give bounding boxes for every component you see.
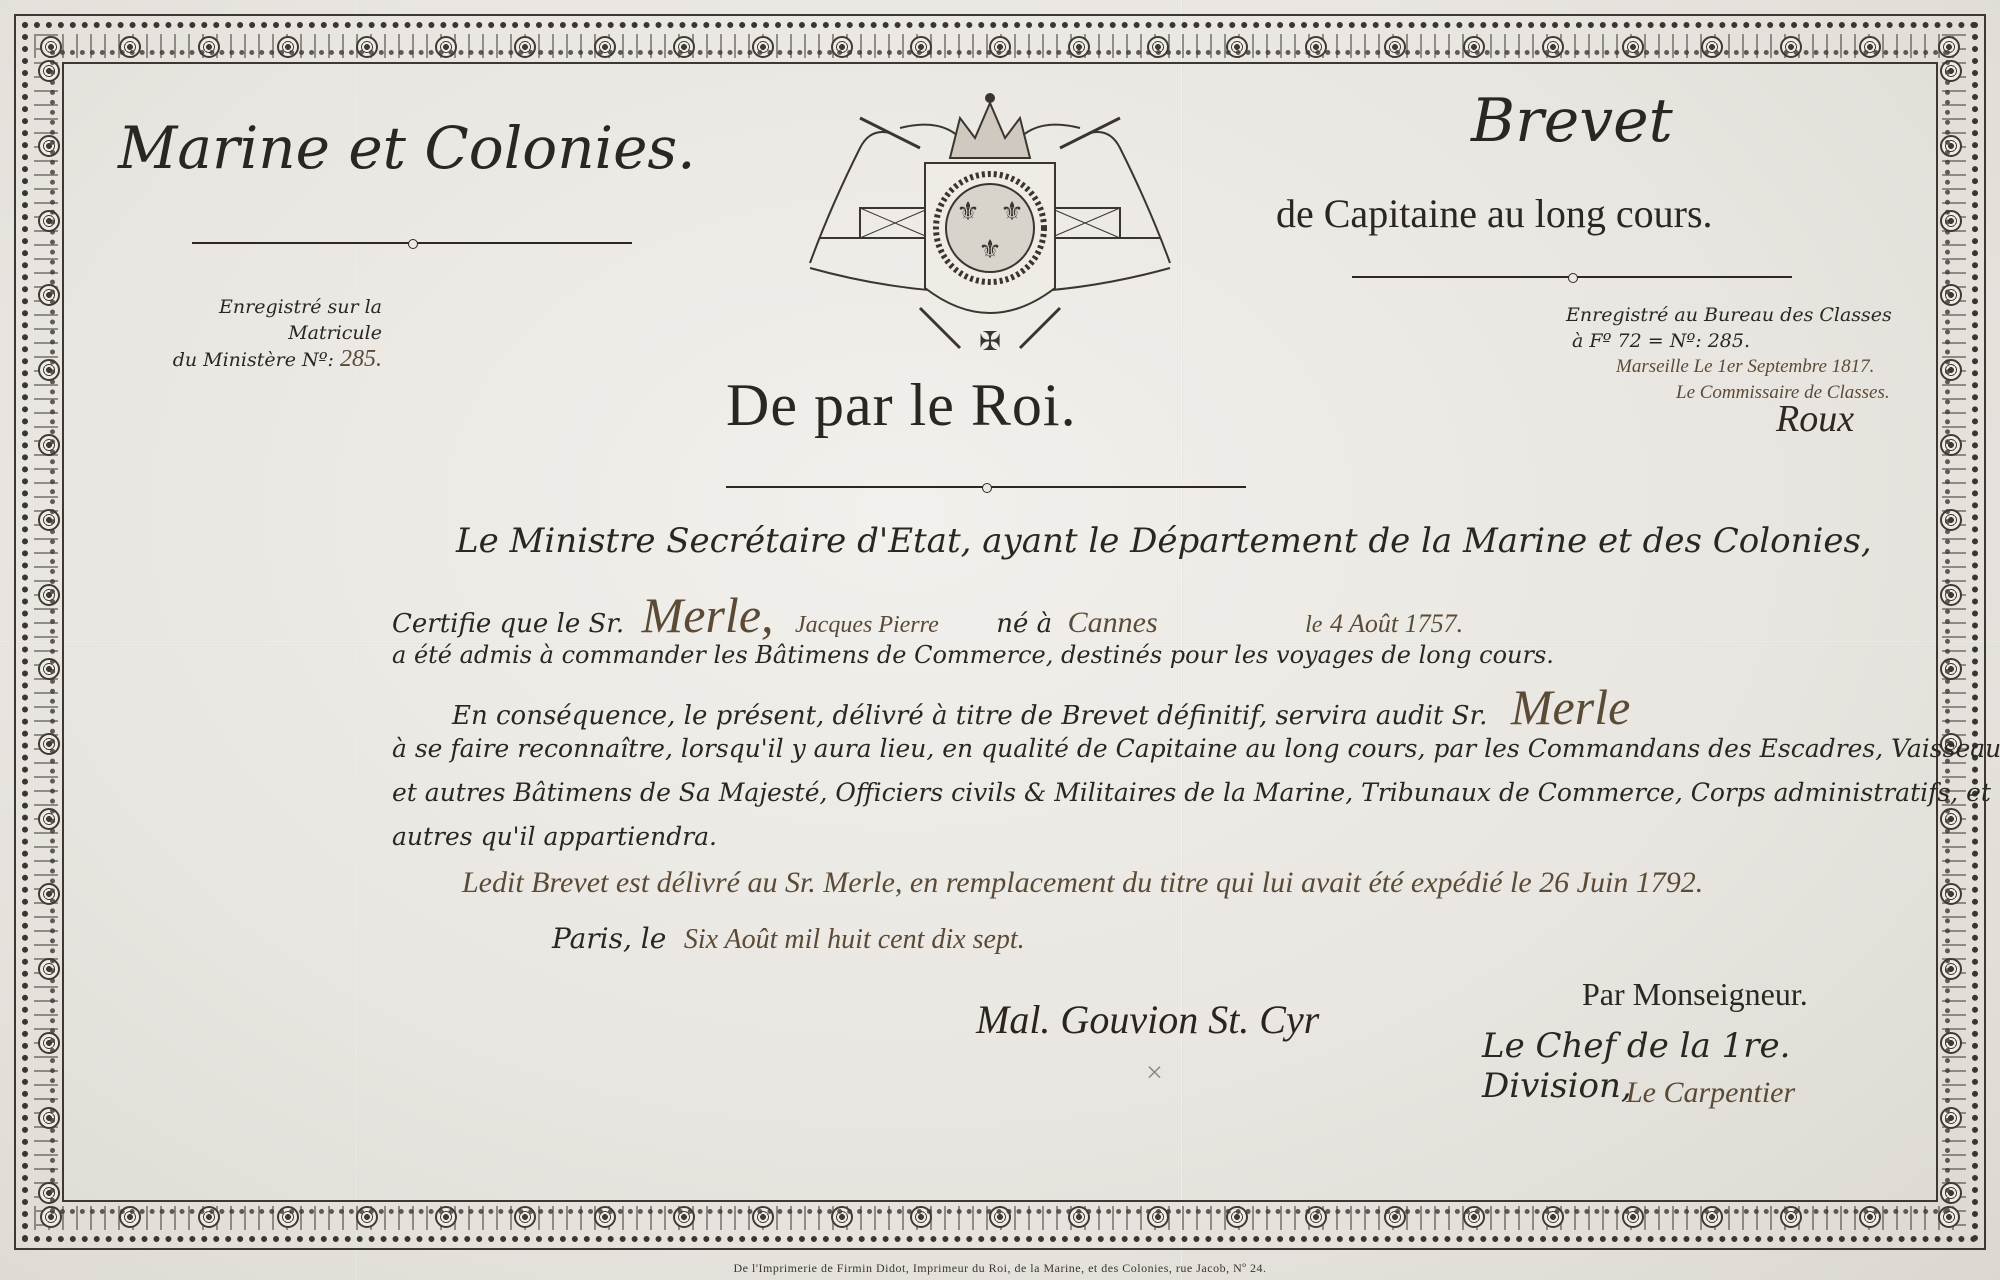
body-line-appartiendra: autres qu'il appartiendra. bbox=[392, 822, 717, 851]
bureau-registration: Enregistré au Bureau des Classes à Fº 72… bbox=[1566, 302, 1892, 432]
ornamental-rule-heading bbox=[726, 486, 1246, 488]
bureau-registration-line-1: Enregistré au Bureau des Classes bbox=[1566, 302, 1892, 328]
body-line-minister: Le Ministre Secrétaire d'Etat, ayant le … bbox=[456, 521, 1872, 561]
svg-text:⚜: ⚜ bbox=[978, 235, 1001, 265]
body-line-consequence: En conséquence, le présent, délivré à ti… bbox=[452, 678, 1630, 736]
holder-birthplace: Cannes bbox=[1068, 606, 1158, 639]
printer-imprint: De l'Imprimerie de Firmin Didot, Imprime… bbox=[0, 1261, 2000, 1276]
body-line-batimens: et autres Bâtimens de Sa Majesté, Offici… bbox=[392, 778, 2000, 807]
body-line-reconnaitre: à se faire reconnaître, lorsqu'il y aura… bbox=[392, 734, 2000, 763]
bureau-registration-line-2: à Fº 72 = Nº: 285. bbox=[1566, 328, 1892, 354]
ornamental-rule-right bbox=[1352, 276, 1792, 278]
place-and-date: Paris, le Six Août mil huit cent dix sep… bbox=[552, 922, 1025, 956]
svg-text:✠: ✠ bbox=[979, 327, 1001, 357]
pencil-mark: × bbox=[1146, 1056, 1163, 1090]
heading-de-par-le-roi: De par le Roi. bbox=[726, 371, 1077, 440]
royal-arms-crest-icon: ⚜ ⚜ ⚜ ✠ bbox=[800, 88, 1180, 358]
ministry-registration: Enregistré sur la Matricule du Ministère… bbox=[122, 294, 382, 373]
chef-signature: Le Carpentier bbox=[1626, 1076, 1795, 1110]
header-subtitle-capitaine: de Capitaine au long cours. bbox=[1276, 190, 1713, 237]
par-monseigneur: Par Monseigneur. bbox=[1582, 976, 1808, 1013]
holder-given-names: Jacques Pierre bbox=[795, 612, 939, 638]
body-line-admis: a été admis à commander les Bâtimens de … bbox=[392, 641, 1554, 669]
svg-text:⚜: ⚜ bbox=[956, 197, 979, 227]
holder-surname-repeat: Merle bbox=[1511, 679, 1630, 735]
header-title-brevet: Brevet bbox=[1471, 86, 1673, 156]
holder-birthdate: 4 Août 1757. bbox=[1330, 609, 1463, 638]
ornamental-rule-left bbox=[192, 242, 632, 244]
bureau-registration-place-date: Marseille Le 1er Septembre 1817. bbox=[1566, 354, 1892, 380]
annotation-replacement: Ledit Brevet est délivré au Sr. Merle, e… bbox=[462, 866, 1703, 900]
header-title-marine-et-colonies: Marine et Colonies. bbox=[118, 114, 696, 182]
svg-text:⚜: ⚜ bbox=[1000, 197, 1023, 227]
document-content: Marine et Colonies. Enregistré sur la Ma… bbox=[66, 66, 1934, 1198]
commissaire-signature: Roux bbox=[1566, 406, 1892, 432]
issue-date: Six Août mil huit cent dix sept. bbox=[684, 924, 1025, 955]
registration-line-1: Enregistré sur la Matricule bbox=[122, 294, 382, 346]
registration-line-2: du Ministère Nº: 285. bbox=[122, 346, 382, 373]
document-sheet: Marine et Colonies. Enregistré sur la Ma… bbox=[0, 0, 2000, 1280]
minister-signature: Mal. Gouvion St. Cyr bbox=[976, 996, 1319, 1043]
holder-surname: Merle, bbox=[642, 587, 774, 643]
body-line-certifie: Certifie que le Sr. Merle, Jacques Pierr… bbox=[392, 586, 1463, 644]
registration-number: 285. bbox=[340, 346, 382, 372]
